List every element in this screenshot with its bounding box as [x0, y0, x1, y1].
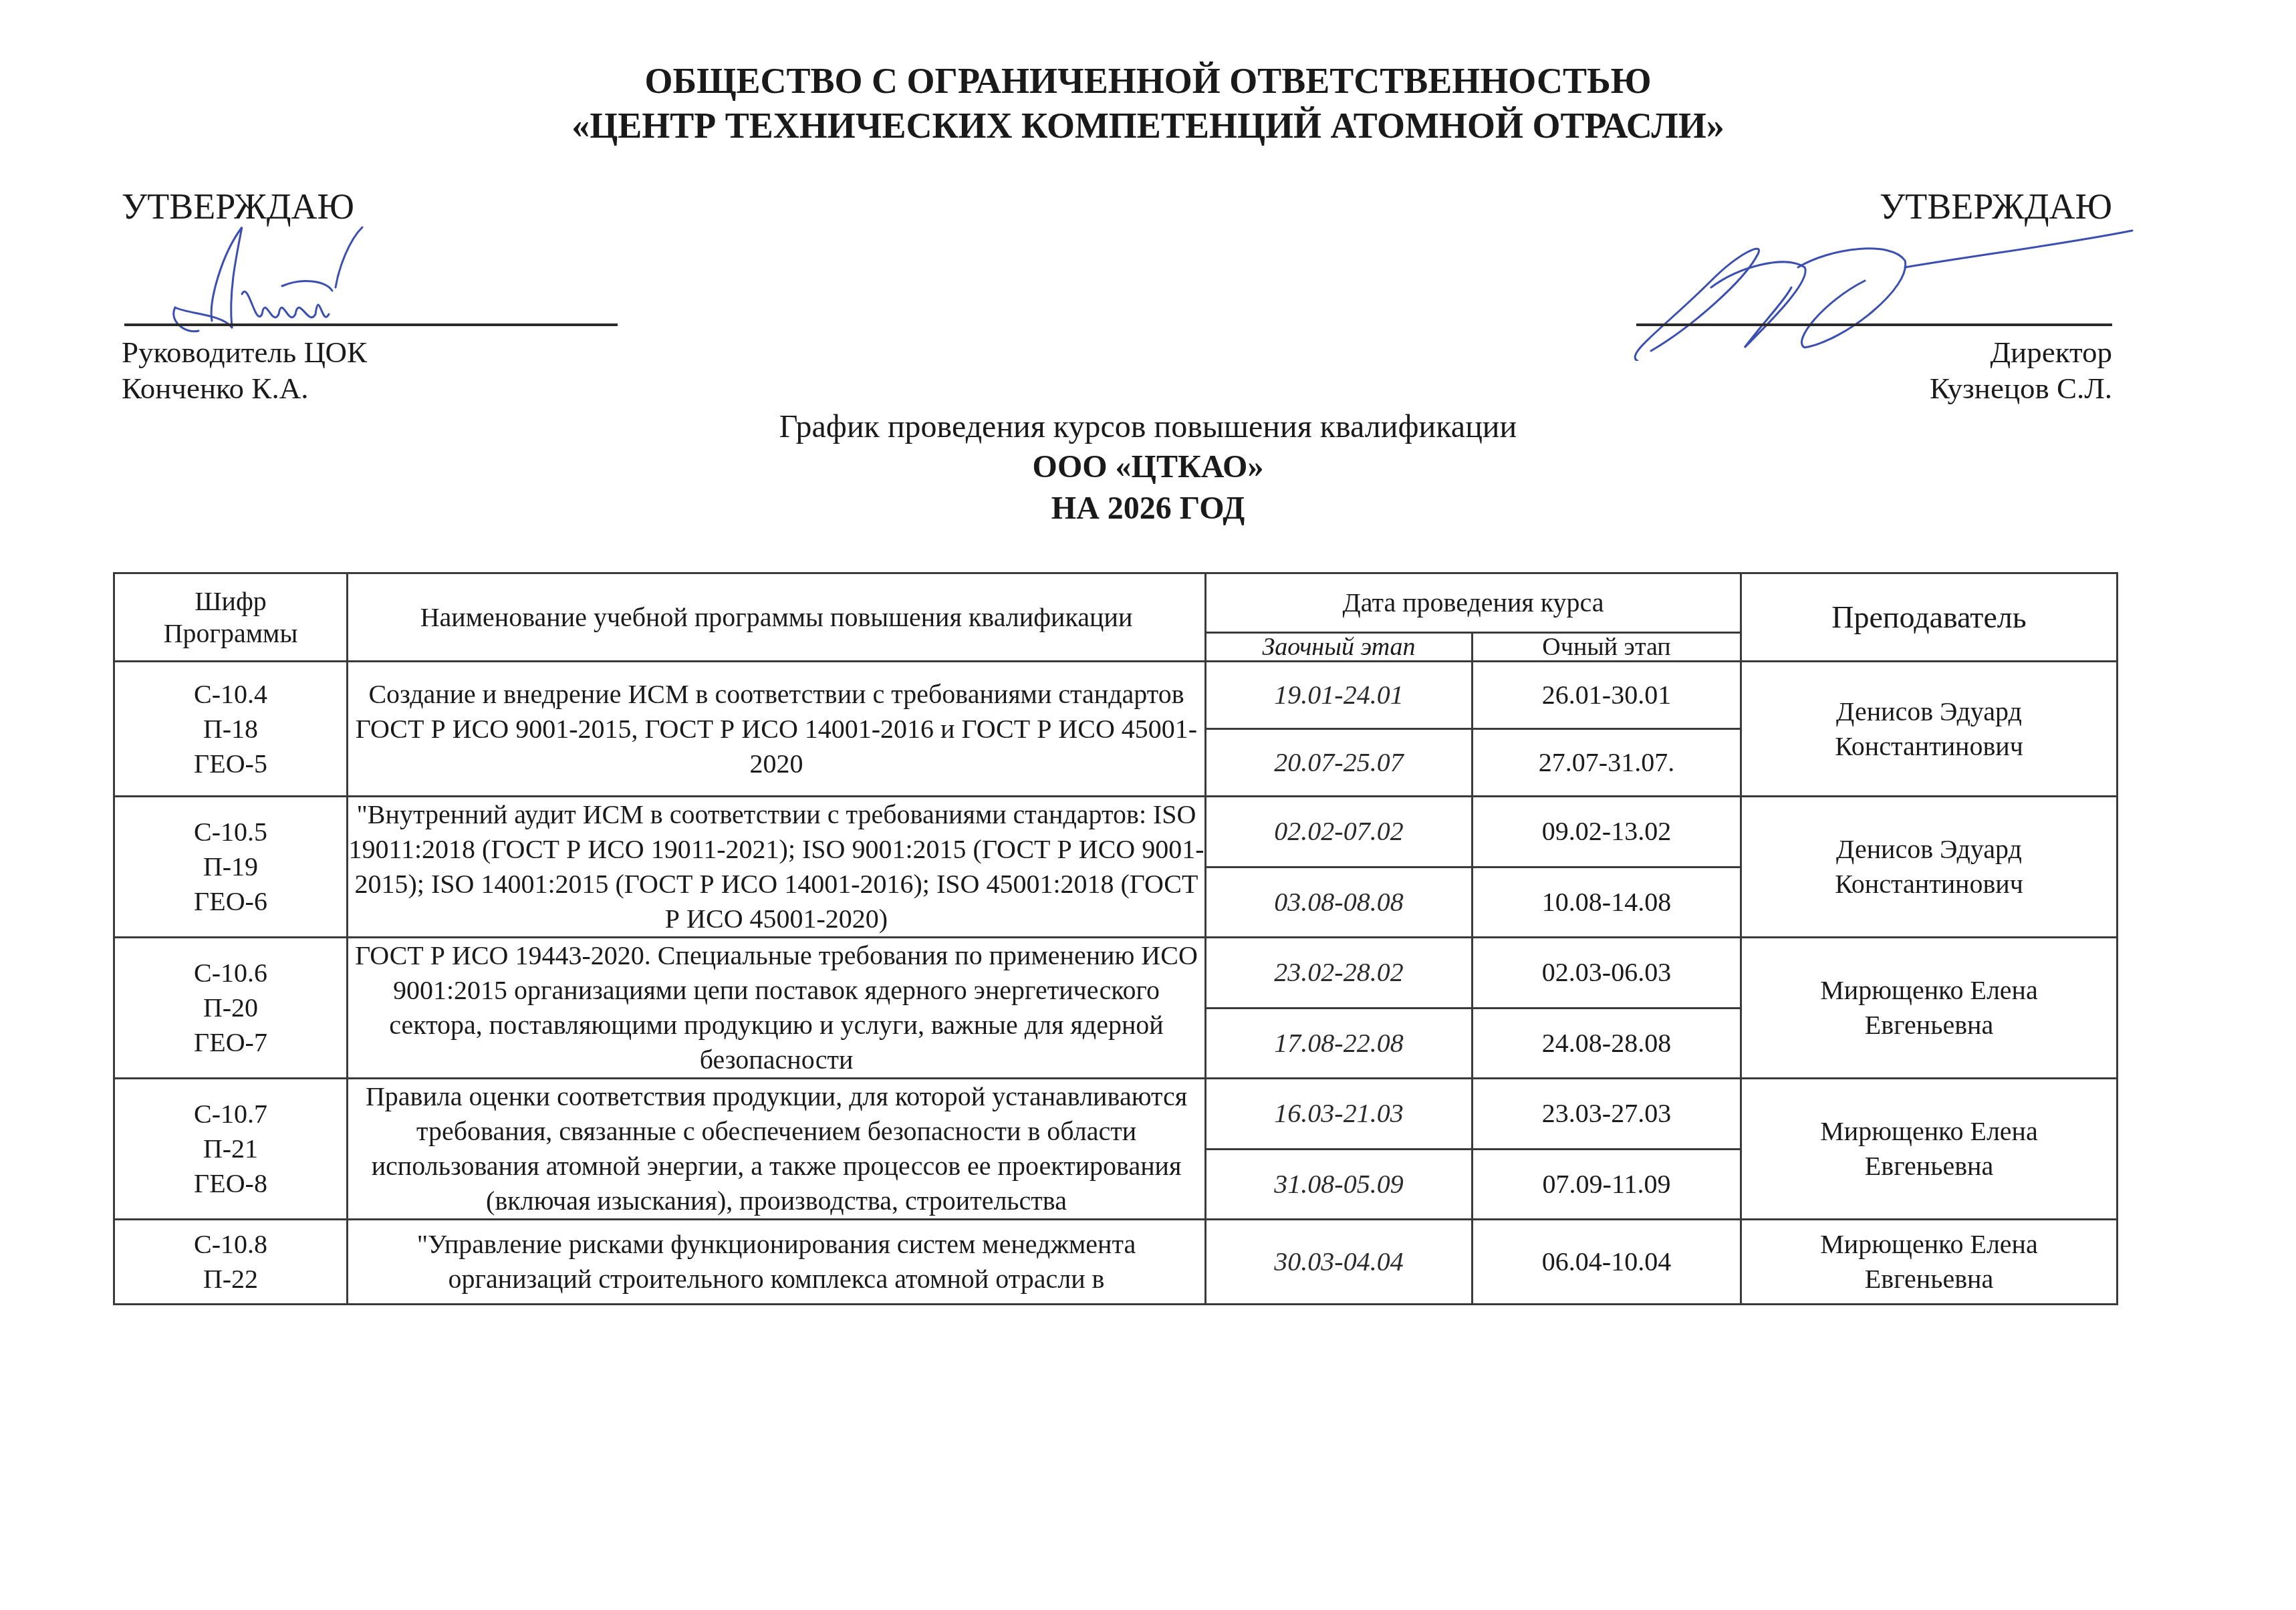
- program-code: ГЕО-7: [115, 1025, 346, 1060]
- signature-line: [124, 323, 618, 326]
- teacher-name: Мирющенко Елена: [1742, 1227, 2116, 1262]
- full-time-stage-date: 02.03-06.03: [1473, 938, 1741, 1009]
- approver-position: Директор: [1990, 333, 2112, 372]
- approver-name: Конченко К.А.: [122, 369, 308, 408]
- table-row: С-10.6П-20ГЕО-7ГОСТ Р ИСО 19443-2020. Сп…: [114, 938, 2118, 1009]
- teacher-name: Константинович: [1742, 867, 2116, 902]
- program-code: ГЕО-8: [115, 1166, 346, 1201]
- program-code-cell: С-10.8П-22: [114, 1220, 348, 1305]
- header-program-name: Наименование учебной программы повышения…: [348, 573, 1206, 662]
- program-name-cell: ГОСТ Р ИСО 19443-2020. Специальные требо…: [348, 938, 1206, 1079]
- table-row: С-10.4П-18ГЕО-5Создание и внедрение ИСМ …: [114, 662, 2118, 729]
- teacher-name: Евгеньевна: [1742, 1149, 2116, 1184]
- header-distance-stage: Заочный этап: [1206, 633, 1473, 662]
- header-program-code-line-1: Шифр: [195, 586, 267, 616]
- header-program-code: Шифр Программы: [114, 573, 348, 662]
- header-full-time-stage: Очный этап: [1473, 633, 1741, 662]
- full-time-stage-date: 23.03-27.03: [1473, 1079, 1741, 1150]
- approval-heading: УТВЕРЖДАЮ: [1880, 187, 2112, 226]
- program-code: П-21: [115, 1131, 346, 1166]
- program-code: С-10.4: [115, 677, 346, 712]
- distance-stage-date: 17.08-22.08: [1206, 1008, 1473, 1079]
- program-code: С-10.5: [115, 815, 346, 849]
- full-time-stage-date: 09.02-13.02: [1473, 797, 1741, 867]
- program-name-cell: Правила оценки соответствия продукции, д…: [348, 1079, 1206, 1220]
- document-org: ООО «ЦТКАО»: [0, 448, 2296, 487]
- program-code: П-18: [115, 712, 346, 747]
- full-time-stage-date: 24.08-28.08: [1473, 1008, 1741, 1079]
- full-time-stage-date: 27.07-31.07.: [1473, 729, 1741, 797]
- teacher-cell: Мирющенко ЕленаЕвгеньевна: [1741, 1079, 2118, 1220]
- full-time-stage-date: 10.08-14.08: [1473, 867, 1741, 938]
- program-name-cell: Создание и внедрение ИСМ в соответствии …: [348, 662, 1206, 797]
- teacher-cell: Денисов ЭдуардКонстантинович: [1741, 797, 2118, 938]
- distance-stage-date: 31.08-05.09: [1206, 1149, 1473, 1220]
- document-year: НА 2026 ГОД: [0, 489, 2296, 528]
- program-code: С-10.7: [115, 1097, 346, 1131]
- teacher-cell: Мирющенко ЕленаЕвгеньевна: [1741, 1220, 2118, 1305]
- course-schedule-table: Шифр Программы Наименование учебной прог…: [113, 572, 2118, 1305]
- organization-name-line-2: «ЦЕНТР ТЕХНИЧЕСКИХ КОМПЕТЕНЦИЙ АТОМНОЙ О…: [0, 104, 2296, 148]
- full-time-stage-date: 07.09-11.09: [1473, 1149, 1741, 1220]
- full-time-stage-date: 06.04-10.04: [1473, 1220, 1741, 1305]
- distance-stage-date: 20.07-25.07: [1206, 729, 1473, 797]
- program-code-cell: С-10.6П-20ГЕО-7: [114, 938, 348, 1079]
- organization-name-line-1: ОБЩЕСТВО С ОГРАНИЧЕННОЙ ОТВЕТСТВЕННОСТЬЮ: [0, 59, 2296, 103]
- distance-stage-date: 16.03-21.03: [1206, 1079, 1473, 1150]
- header-course-dates: Дата проведения курса: [1206, 573, 1741, 633]
- distance-stage-date: 30.03-04.04: [1206, 1220, 1473, 1305]
- distance-stage-date: 23.02-28.02: [1206, 938, 1473, 1009]
- approver-name: Кузнецов С.Л.: [1930, 369, 2112, 408]
- signature-line: [1636, 323, 2112, 326]
- teacher-cell: Мирющенко ЕленаЕвгеньевна: [1741, 938, 2118, 1079]
- table-row: С-10.5П-19ГЕО-6"Внутренний аудит ИСМ в с…: [114, 797, 2118, 867]
- program-code: П-20: [115, 990, 346, 1025]
- teacher-name: Мирющенко Елена: [1742, 973, 2116, 1008]
- program-code: П-19: [115, 849, 346, 884]
- distance-stage-date: 02.02-07.02: [1206, 797, 1473, 867]
- distance-stage-date: 19.01-24.01: [1206, 662, 1473, 729]
- program-name-cell: "Внутренний аудит ИСМ в соответствии с т…: [348, 797, 1206, 938]
- program-code: С-10.6: [115, 956, 346, 990]
- teacher-name: Евгеньевна: [1742, 1008, 2116, 1043]
- table-row: С-10.8П-22"Управление рисками функционир…: [114, 1220, 2118, 1305]
- program-code: ГЕО-6: [115, 884, 346, 919]
- signature-icon: [148, 214, 483, 348]
- table-row: С-10.7П-21ГЕО-8Правила оценки соответств…: [114, 1079, 2118, 1150]
- teacher-name: Денисов Эдуард: [1742, 832, 2116, 867]
- program-code-cell: С-10.7П-21ГЕО-8: [114, 1079, 348, 1220]
- program-code: С-10.8: [115, 1227, 346, 1262]
- header-teacher: Преподаватель: [1741, 573, 2118, 662]
- program-code-cell: С-10.5П-19ГЕО-6: [114, 797, 348, 938]
- teacher-name: Денисов Эдуард: [1742, 694, 2116, 729]
- program-code: ГЕО-5: [115, 747, 346, 781]
- teacher-name: Мирющенко Елена: [1742, 1114, 2116, 1149]
- teacher-cell: Денисов ЭдуардКонстантинович: [1741, 662, 2118, 797]
- program-code: П-22: [115, 1262, 346, 1297]
- program-code-cell: С-10.4П-18ГЕО-5: [114, 662, 348, 797]
- approver-position: Руководитель ЦОК: [122, 333, 367, 372]
- distance-stage-date: 03.08-08.08: [1206, 867, 1473, 938]
- teacher-name: Константинович: [1742, 729, 2116, 764]
- approval-heading: УТВЕРЖДАЮ: [122, 187, 354, 226]
- document-title: График проведения курсов повышения квали…: [0, 408, 2296, 446]
- program-name-cell: "Управление рисками функционирования сис…: [348, 1220, 1206, 1305]
- teacher-name: Евгеньевна: [1742, 1262, 2116, 1297]
- full-time-stage-date: 26.01-30.01: [1473, 662, 1741, 729]
- header-program-code-line-2: Программы: [164, 618, 298, 648]
